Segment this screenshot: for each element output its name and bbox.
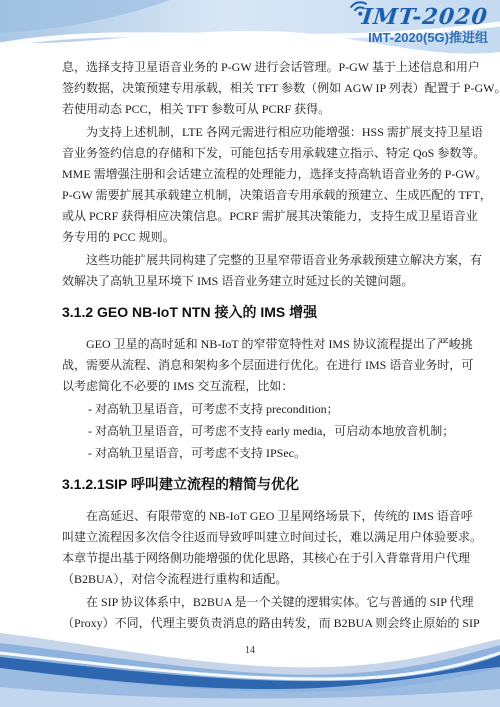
text-line: 在高延迟、有限带宽的 NB-IoT GEO 卫星网络场景下，传统的 IMS 语音… [62, 506, 458, 527]
section-heading: 3.1.2 GEO NB-IoT NTN 接入的 IMS 增强 [62, 302, 458, 323]
text-line: 息，选择支持卫星语音业务的 P-GW 进行会话管理。P-GW 基于上述信息和用户 [62, 57, 458, 78]
text-line: 以考虑简化不必要的 IMS 交互流程，比如： [62, 376, 458, 397]
text-line: 务专用的 PCC 规则。 [62, 227, 458, 248]
text-line: 在 SIP 协议体系中，B2BUA 是一个关键的逻辑实体。它与普通的 SIP 代… [62, 592, 458, 613]
document-page: IMT-2020 IMT-2020(5G)推进组 息，选择支持卫星语音业务的 P… [0, 0, 500, 707]
logo-subtitle: IMT-2020(5G)推进组 [336, 30, 488, 46]
text-line: P-GW 需要扩展其承载建立机制，决策语音专用承载的预建立、生成匹配的 TFT， [62, 185, 458, 206]
text-line: 为支持上述机制，LTE 各网元需进行相应功能增强：HSS 需扩展支持卫星语 [62, 122, 458, 143]
text-line: （B2BUA），对信令流程进行重构和适配。 [62, 569, 458, 590]
text-line: 若使用动态 PCC，相关 TFT 参数可从 PCRF 获得。 [62, 99, 458, 120]
paragraph: 在高延迟、有限带宽的 NB-IoT GEO 卫星网络场景下，传统的 IMS 语音… [62, 506, 458, 590]
text-line: 效解决了高轨卫星环境下 IMS 语音业务建立时延过长的关键问题。 [62, 271, 458, 292]
document-body: 息，选择支持卫星语音业务的 P-GW 进行会话管理。P-GW 基于上述信息和用户… [62, 57, 458, 636]
page-number: 14 [0, 645, 500, 656]
text-line: （Proxy）不同，代理主要负责消息的路由转发，而 B2BUA 则会终止原始的 … [62, 613, 458, 634]
imt2020-logo: IMT-2020 IMT-2020(5G)推进组 [336, 5, 488, 46]
text-line: MME 需增强注册和会话建立流程的处理能力，选择支持高轨语音业务的 P-GW。 [62, 164, 458, 185]
text-line: 或从 PCRF 获得相应决策信息。PCRF 需扩展其决策能力，支持生成卫星语音业 [62, 206, 458, 227]
paragraph: 在 SIP 协议体系中，B2BUA 是一个关键的逻辑实体。它与普通的 SIP 代… [62, 592, 458, 634]
logo-wordmark: IMT-2020 [361, 5, 489, 29]
paragraph: 为支持上述机制，LTE 各网元需进行相应功能增强：HSS 需扩展支持卫星语音业务… [62, 122, 458, 248]
paragraph: GEO 卫星的高时延和 NB-IoT 的窄带宽特性对 IMS 协议流程提出了严峻… [62, 334, 458, 397]
text-line: GEO 卫星的高时延和 NB-IoT 的窄带宽特性对 IMS 协议流程提出了严峻… [62, 334, 458, 355]
list-item: - 对高轨卫星语音，可考虑不支持 early media，可启动本地放音机制； [62, 421, 458, 442]
paragraph: 息，选择支持卫星语音业务的 P-GW 进行会话管理。P-GW 基于上述信息和用户… [62, 57, 458, 120]
text-line: 本章节提出基于网络侧功能增强的优化思路，其核心在于引入背靠背用户代理 [62, 548, 458, 569]
list-item: - 对高轨卫星语音，可考虑不支持 IPSec。 [62, 443, 458, 464]
text-line: 签约数据，决策预建专用承载，相关 TFT 参数（例如 AGW IP 列表）配置于… [62, 78, 458, 99]
bottom-wave-decoration [0, 627, 500, 707]
section-heading: 3.1.2.1SIP 呼叫建立流程的精简与优化 [62, 474, 458, 495]
list-item: - 对高轨卫星语音，可考虑不支持 precondition； [62, 399, 458, 420]
text-line: 叫建立流程因多次信令往返而导致呼叫建立时间过长，难以满足用户体验要求。 [62, 527, 458, 548]
text-line: 音业务签约信息的存储和下发，可能包括专用承载建立指示、特定 QoS 参数等。 [62, 143, 458, 164]
text-line: 战，需要从流程、消息和架构多个层面进行优化。在进行 IMS 语音业务时，可 [62, 355, 458, 376]
text-line: 这些功能扩展共同构建了完整的卫星窄带语音业务承载预建立解决方案，有 [62, 250, 458, 271]
paragraph: 这些功能扩展共同构建了完整的卫星窄带语音业务承载预建立解决方案，有效解决了高轨卫… [62, 250, 458, 292]
